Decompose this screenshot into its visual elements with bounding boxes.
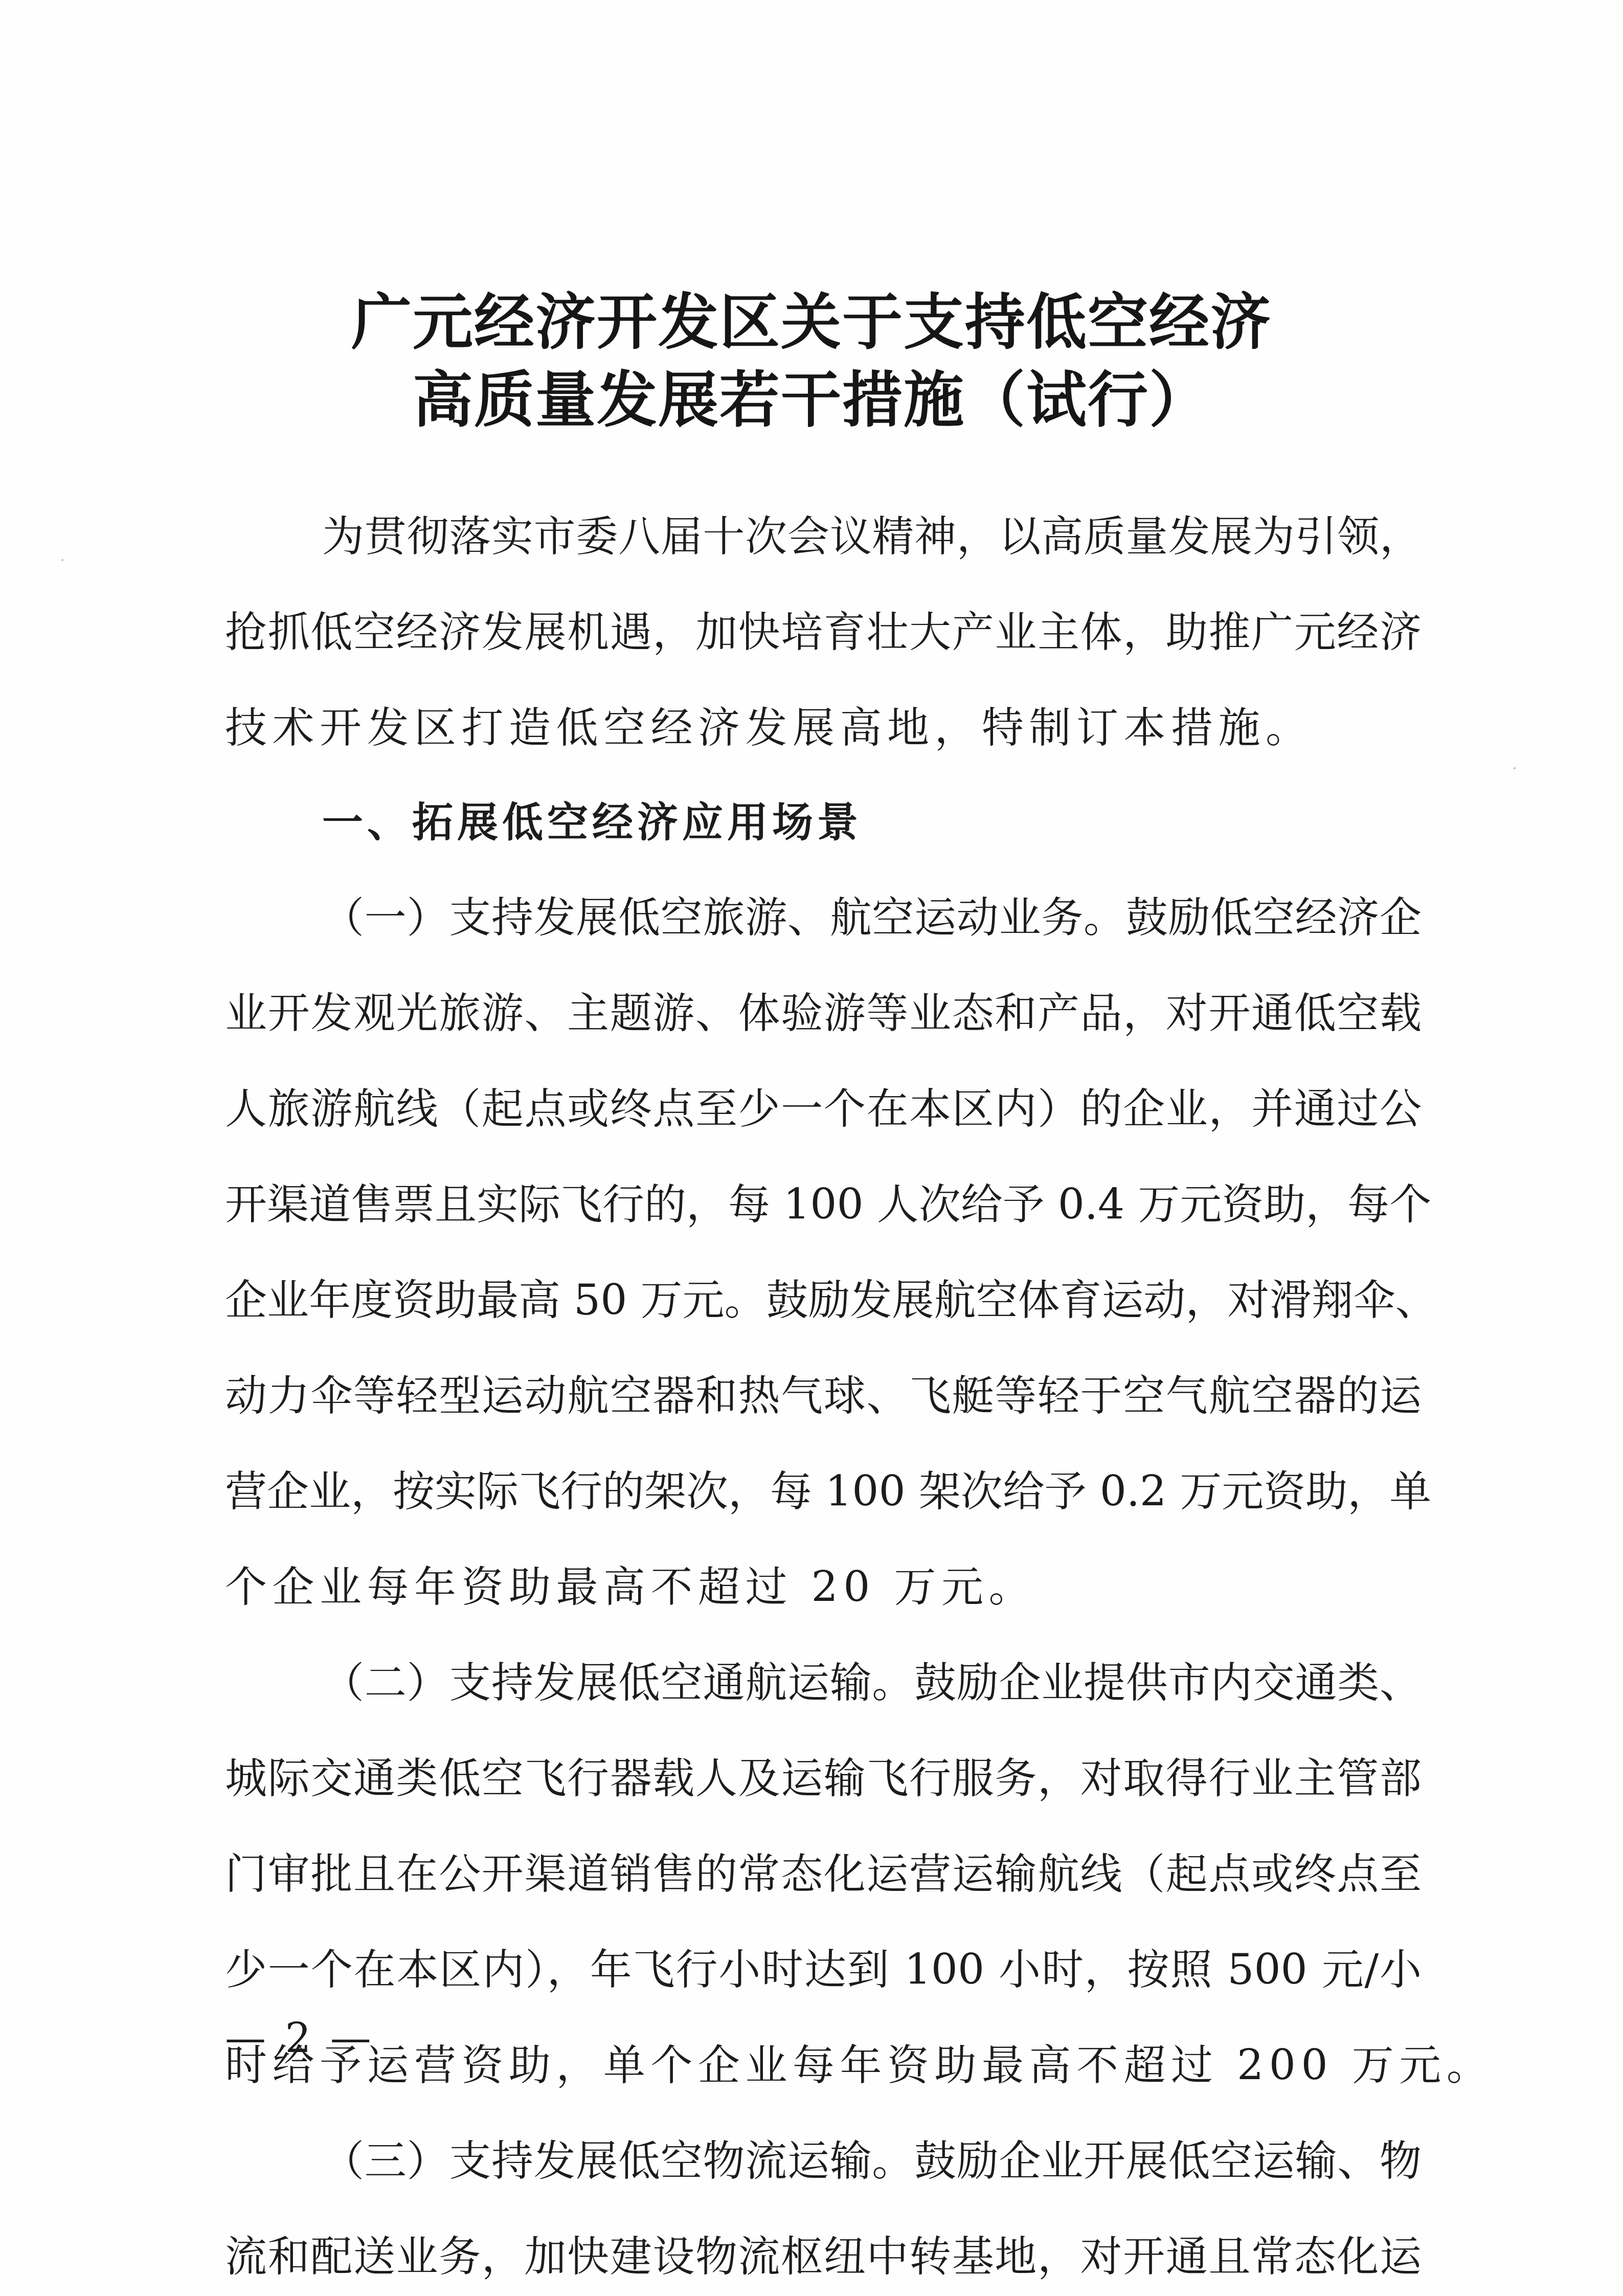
item-2-line-1: （二）支持发展低空通航运输。鼓励企业提供市内交通类、 — [322, 1653, 1422, 1714]
document-title-line-2: 高质量发展若干措施（试行） — [0, 364, 1623, 436]
preamble-line-2: 抢抓低空经济发展机遇，加快培育壮大产业主体，助推广元经济 — [225, 602, 1422, 663]
section-heading-1: 一、拓展低空经济应用场景 — [322, 792, 1422, 853]
item-3-line-2: 流和配送业务，加快建设物流枢纽中转基地，对开通且常态化运 — [225, 2226, 1422, 2288]
item-2-line-2: 城际交通类低空飞行器载人及运输飞行服务，对取得行业主管部 — [225, 1748, 1422, 1810]
item-1-line-6: 动力伞等轻型运动航空器和热气球、飞艇等轻于空气航空器的运 — [225, 1366, 1422, 1427]
scan-speck — [61, 559, 63, 561]
item-1-line-1: （一）支持发展低空旅游、航空运动业务。鼓励低空经济企 — [322, 887, 1422, 949]
preamble-line-3: 技术开发区打造低空经济发展高地，特制订本措施。 — [225, 698, 1422, 759]
item-1-line-3: 人旅游航线（起点或终点至少一个在本区内）的企业，并通过公 — [225, 1079, 1422, 1140]
page-number: — 2 — — [225, 2010, 374, 2066]
preamble-line-1: 为贯彻落实市委八届十次会议精神，以高质量发展为引领， — [322, 506, 1422, 568]
document-page: 广元经济开发区关于支持低空经济 高质量发展若干措施（试行） 为贯彻落实市委八届十… — [0, 0, 1623, 2296]
item-1-line-5: 企业年度资助最高 50 万元。鼓励发展航空体育运动，对滑翔伞、 — [225, 1270, 1422, 1331]
item-1-line-7: 营企业，按实际飞行的架次，每 100 架次给予 0.2 万元资助，单 — [225, 1461, 1422, 1523]
item-2-line-3: 门审批且在公开渠道销售的常态化运营运输航线（起点或终点至 — [225, 1844, 1422, 1905]
item-1-line-2: 业开发观光旅游、主题游、体验游等业态和产品，对开通低空载 — [225, 983, 1422, 1044]
item-2-line-5: 时给予运营资助，单个企业每年资助最高不超过 200 万元。 — [225, 2035, 1422, 2097]
document-title-line-1: 广元经济开发区关于支持低空经济 — [0, 286, 1623, 358]
item-1-line-4: 开渠道售票且实际飞行的，每 100 人次给予 0.4 万元资助，每个 — [225, 1174, 1422, 1236]
scan-speck — [1514, 767, 1516, 769]
item-3-line-1: （三）支持发展低空物流运输。鼓励企业开展低空运输、物 — [322, 2131, 1422, 2192]
item-1-line-8: 个企业每年资助最高不超过 20 万元。 — [225, 1557, 1422, 1618]
item-2-line-4: 少一个在本区内），年飞行小时达到 100 小时，按照 500 元/小 — [225, 1940, 1422, 2001]
